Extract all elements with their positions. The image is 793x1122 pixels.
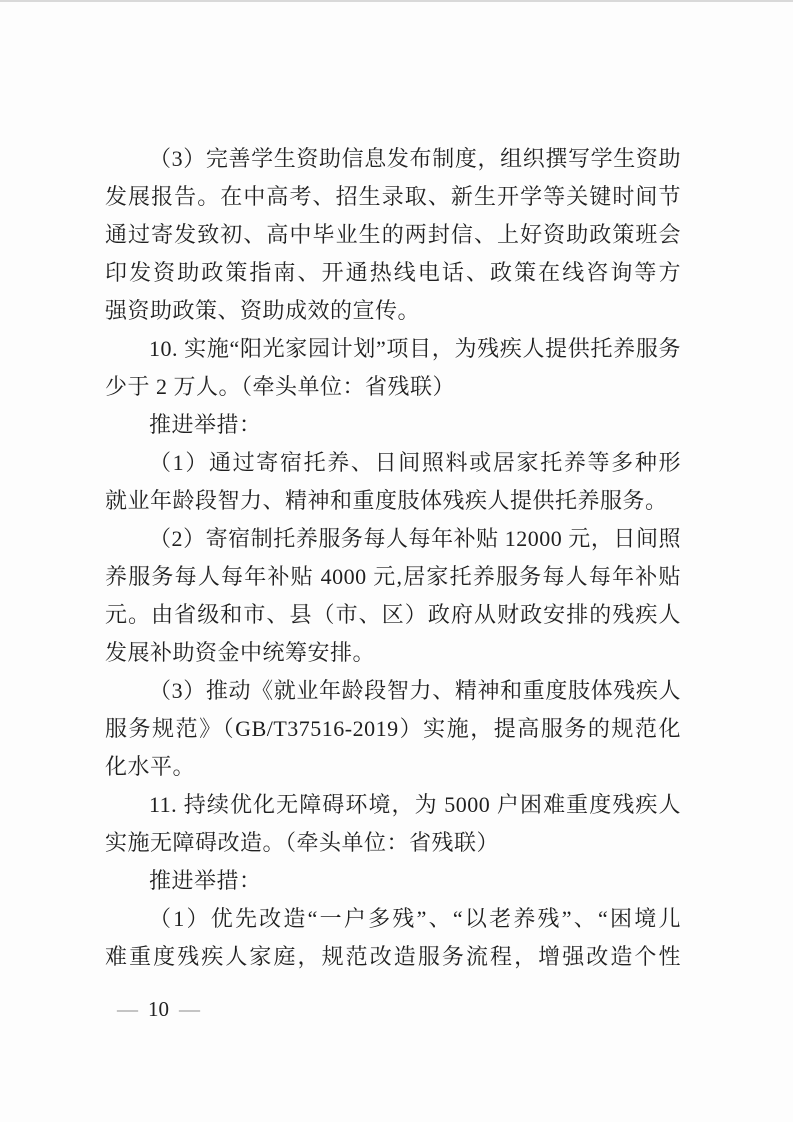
document-page: （3）完善学生资助信息发布制度，组织撰写学生资助年度发展报告。在中高考、招生录取…: [0, 0, 793, 1122]
text-line: （1）通过寄宿托养、日间照料或居家托养等多种形式，为: [105, 444, 681, 482]
text-line: 服务规范》（GB/T37516-2019）实施，提高服务的规范化和专业: [105, 710, 681, 748]
text-line: 少于 2 万人。（牵头单位：省残联）: [105, 368, 681, 406]
page-footer: —10—: [117, 994, 200, 1024]
scan-edge-artifact: [0, 0, 793, 2]
text-line: 推进举措：: [105, 406, 681, 444]
text-line: 印发资助政策指南、开通热线电话、政策在线咨询等方式，加: [105, 254, 681, 292]
text-line: 实施无障碍改造。（牵头单位：省残联）: [105, 824, 681, 862]
text-line: 11. 持续优化无障碍环境，为 5000 户困难重度残疾人家庭: [105, 786, 681, 824]
text-line: （3）完善学生资助信息发布制度，组织撰写学生资助年度: [105, 140, 681, 178]
text-line: （1）优先改造“一户多残”、“以老养残”、“困境儿童”等困: [105, 900, 681, 938]
text-line: 10. 实施“阳光家园计划”项目，为残疾人提供托养服务不: [105, 330, 681, 368]
text-line: 推进举措：: [105, 862, 681, 900]
text-line: 发展补助资金中统筹安排。: [105, 634, 681, 672]
text-line: 通过寄发致初、高中毕业生的两封信、上好资助政策班会课、: [105, 216, 681, 254]
text-line: 化水平。: [105, 748, 681, 786]
text-line: （3）推动《就业年龄段智力、精神和重度肢体残疾人托养: [105, 672, 681, 710]
text-block: （3）完善学生资助信息发布制度，组织撰写学生资助年度发展报告。在中高考、招生录取…: [105, 140, 681, 976]
text-line: 难重度残疾人家庭，规范改造服务流程，增强改造个性化、人: [105, 938, 681, 976]
text-line: 就业年龄段智力、精神和重度肢体残疾人提供托养服务。: [105, 482, 681, 520]
footer-left-dash: —: [117, 997, 138, 1021]
text-line: 元。由省级和市、县（市、区）政府从财政安排的残疾人事业: [105, 596, 681, 634]
text-line: 养服务每人每年补贴 4000 元,居家托养服务每人每年补贴 2000: [105, 558, 681, 596]
text-line: 强资助政策、资助成效的宣传。: [105, 292, 681, 330]
footer-right-dash: —: [179, 997, 200, 1021]
text-line: 发展报告。在中高考、招生录取、新生开学等关键时间节点，: [105, 178, 681, 216]
page-number: 10: [148, 997, 169, 1021]
text-line: （2）寄宿制托养服务每人每年补贴 12000 元，日间照料托: [105, 520, 681, 558]
